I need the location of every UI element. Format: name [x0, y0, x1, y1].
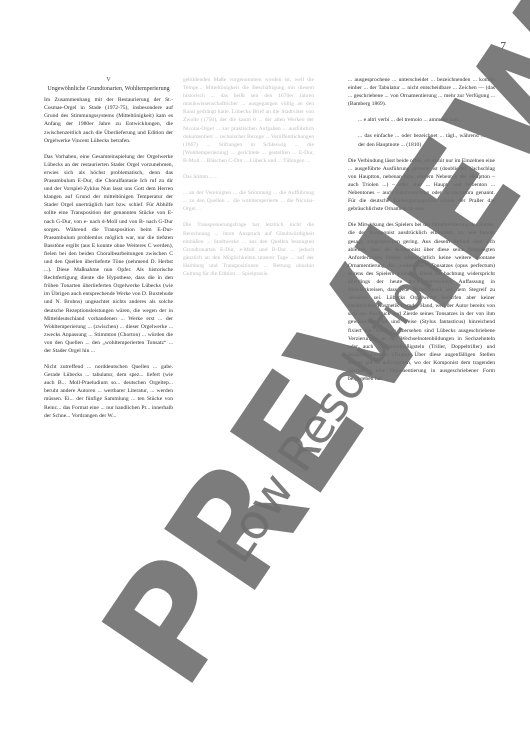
right-column: ... ausgesprochene ... unterscheidet ...…	[348, 76, 495, 391]
paragraph: Die Mitwirkung des Spielers bei der Orna…	[348, 221, 495, 383]
left-column: V Ungewöhnliche Grundtonarten, Wohltempe…	[44, 76, 173, 428]
paragraph: ... an der Vereinigten ... die Stimmung …	[183, 189, 314, 213]
paragraph: Das Vorhaben, eine Gesamteinspielung der…	[44, 153, 173, 355]
paragraph: gebildenden Maße vorgenommen worden ist,…	[183, 76, 314, 165]
paragraph: Die Transponierungsfrage hat letztlich n…	[183, 221, 314, 278]
page-number: 7	[501, 40, 507, 52]
quote-paragraph: ... e altri verbi ... del tremolo ... am…	[348, 116, 495, 124]
paragraph: ... ausgesprochene ... unterscheidet ...…	[348, 76, 495, 108]
section-title: Ungewöhnliche Grundtonarten, Wohltemperi…	[44, 85, 173, 93]
paragraph: Im Zusammenhang mit der Restaurierung de…	[44, 96, 173, 145]
paragraph: Nicht zutreffend ... norddeutschen Quell…	[44, 363, 173, 420]
section-number: V	[44, 76, 173, 84]
paragraph: Das Stimm... ...	[183, 173, 314, 181]
middle-column: gebildenden Maße vorgenommen worden ist,…	[183, 76, 314, 286]
paragraph: Die Verbindung lässt beide offen, ob dam…	[348, 157, 495, 214]
quote-paragraph: ... das einfache ... oder bezeichnet ...…	[348, 132, 495, 148]
